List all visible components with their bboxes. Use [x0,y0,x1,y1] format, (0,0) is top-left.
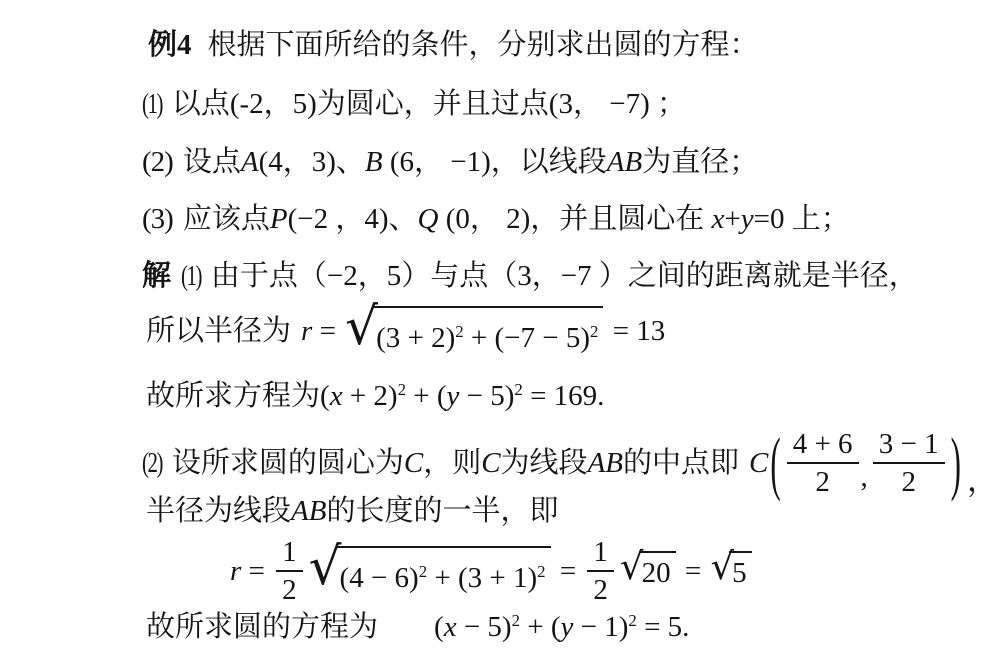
equals-result: = 169. [523,380,605,412]
segment-AB: AB [588,446,623,481]
term: + 2) [343,380,398,412]
text-segment: (6， −1)，以线段 [383,146,607,178]
equals-zero: =0 [754,203,785,235]
var-x: x [712,203,725,235]
plus-operator: + [520,611,551,643]
fraction-denominator: 2 [895,464,922,499]
var-r: r [230,554,241,589]
example-label: 例4 [148,29,192,61]
solution-1-text: 由于点（−2，5）与点（3，−7 ）之间的距离就是半径， [211,260,918,292]
superscript: 2 [419,562,427,581]
solve-label: 解 [142,260,171,292]
fraction-denominator: 2 [587,572,614,607]
sqrt-radical: √(4 − 6)2 + (3 + 1)2 [309,546,551,596]
radicand: 20 [639,551,676,591]
text-segment: 设点 [183,146,241,178]
equals-result: = 5. [637,611,690,643]
radius-result: 13 [636,314,665,349]
text-segment: 半径为线段 [146,495,291,527]
point-Q: Q [417,203,438,235]
radius-formula-line: 所以半径为 r = √(3 + 2)2 + (−7 − 5)2 = 13 [146,303,665,359]
fraction-numerator: 4 + 6 [787,427,859,464]
var-y: y [561,611,574,643]
radius-2-formula: r = 12√(4 − 6)2 + (3 + 1)2 = 12√20 = √5 [230,535,754,607]
condition-1-text: 以点(-2，5)为圆心，并且过点(3， −7) ； [172,88,686,120]
fraction: 4 + 62 [787,427,859,499]
condition-2-number: (2) [142,146,173,178]
final-prefix: 故所求圆的方程为 [146,611,378,643]
text-segment: 应该点 [183,203,270,235]
midpoint-math: C(4 + 62,3 − 12)， [749,427,988,499]
solution-2-number: (2) [142,446,162,481]
plus-operator: + [464,322,495,354]
var-x: x [444,611,457,643]
radius-prefix: 所以半径为 [146,314,291,349]
fraction-one-half: 12 [276,535,303,607]
paren: ( [320,380,330,412]
solution-1-number: (1) [181,259,201,294]
superscript: 2 [590,322,598,341]
condition-3-line: (3)应该点P(−2 ，4)、Q (0， 2)，并且圆心在 x+y=0 上； [142,202,850,237]
superscript: 2 [628,611,636,630]
term: (−7 − 5) [495,322,591,354]
point-A: A [241,146,259,178]
text-segment: ，则 [423,446,481,481]
text-segment: 的中点即 [623,446,739,481]
superscript: 2 [455,322,463,341]
text-segment: (0， 2)，并且圆心在 [438,203,711,235]
fraction-numerator: 3 − 1 [873,427,945,464]
sqrt-radical: √5 [710,551,751,591]
var-x: x [330,380,343,412]
text-segment: 为直径； [642,146,758,178]
term: (3 + 2) [376,322,455,354]
term: (4 − 6) [340,562,419,594]
fraction-denominator: 2 [276,572,303,607]
term: − 1) [573,611,628,643]
text-segment: 为线段 [501,446,588,481]
paren: ( [434,611,444,643]
condition-1-number: (1) [142,87,162,122]
equation-prefix: 故所求方程为 [146,380,320,412]
text-segment: (−2 ，4)、 [288,203,418,235]
math-document-page: 例4根据下面所给的条件，分别求出圆的方程： (1)以点(-2，5)为圆心，并且过… [0,0,988,664]
half-length-line: 半径为线段AB的长度的一半，即 [146,494,558,529]
text-segment: 设所求圆的圆心为 [172,446,404,481]
radicand: (4 − 6)2 + (3 + 1)2 [337,546,551,596]
plus-operator: + [427,562,458,594]
sqrt-radical: √20 [620,551,676,591]
var-y: y [741,203,754,235]
fraction-denominator: 2 [809,464,836,499]
condition-3-number: (3) [142,203,173,235]
segment-AB: AB [607,146,642,178]
equals-sign: = [312,314,343,349]
fraction-one-half: 12 [587,535,614,607]
superscript: 2 [398,380,406,399]
condition-1-line: (1)以点(-2，5)为圆心，并且过点(3， −7) ； [142,87,686,122]
superscript: 2 [512,611,520,630]
var-y: y [447,380,460,412]
solution-1-head-line: 解(1)由于点（−2，5）与点（3，−7 ）之间的距离就是半径， [142,259,918,294]
segment-AB: AB [291,495,326,527]
plus-operator: + [406,380,437,412]
fraction: 3 − 12 [873,427,945,499]
text-segment: (4，3)、 [259,146,365,178]
radius-2-formula-line: r = 12√(4 − 6)2 + (3 + 1)2 = 12√20 = √5 [230,536,754,606]
text-segment: 的长度的一半，即 [326,495,558,527]
radicand: (3 + 2)2 + (−7 − 5)2 [373,306,603,356]
comma: , [861,460,868,495]
radius-formula: r = √(3 + 2)2 + (−7 − 5)2 = 13 [301,306,665,356]
text-segment: 上； [784,203,849,235]
condition-2-line: (2)设点A(4，3)、B (6， −1)，以线段AB为直径； [142,145,758,180]
term: − 5) [459,380,514,412]
equation-1-line: 故所求方程为(x + 2)2 + (y − 5)2 = 169. [146,379,604,414]
example-title-line: 例4根据下面所给的条件，分别求出圆的方程： [148,28,759,63]
point-B: B [365,146,383,178]
radicand: 5 [729,551,752,591]
center-C: C [404,446,423,481]
var-r: r [301,314,312,349]
equals-sign: = [605,314,636,349]
trailing-comma: ， [967,462,988,499]
equals-sign: = [553,554,584,589]
center-C: C [481,446,500,481]
fraction-numerator: 1 [276,535,303,572]
sqrt-radical: √(3 + 2)2 + (−7 − 5)2 [345,306,603,356]
plus-operator: + [724,203,740,235]
term: − 5) [457,611,512,643]
big-right-paren: ) [949,420,963,506]
superscript: 2 [537,562,545,581]
fraction-numerator: 1 [587,535,614,572]
superscript: 2 [514,380,522,399]
point-P: P [270,203,288,235]
center-C: C [749,446,768,481]
term: (3 + 1) [458,562,537,594]
title-text: 根据下面所给的条件，分别求出圆的方程： [208,29,759,61]
big-left-paren: ( [768,420,782,506]
equals-sign: = [678,554,709,589]
paren: ( [551,611,561,643]
equals-sign: = [241,554,272,589]
paren: ( [437,380,447,412]
final-equation-line: 故所求圆的方程为(x − 5)2 + (y − 1)2 = 5. [146,610,689,645]
